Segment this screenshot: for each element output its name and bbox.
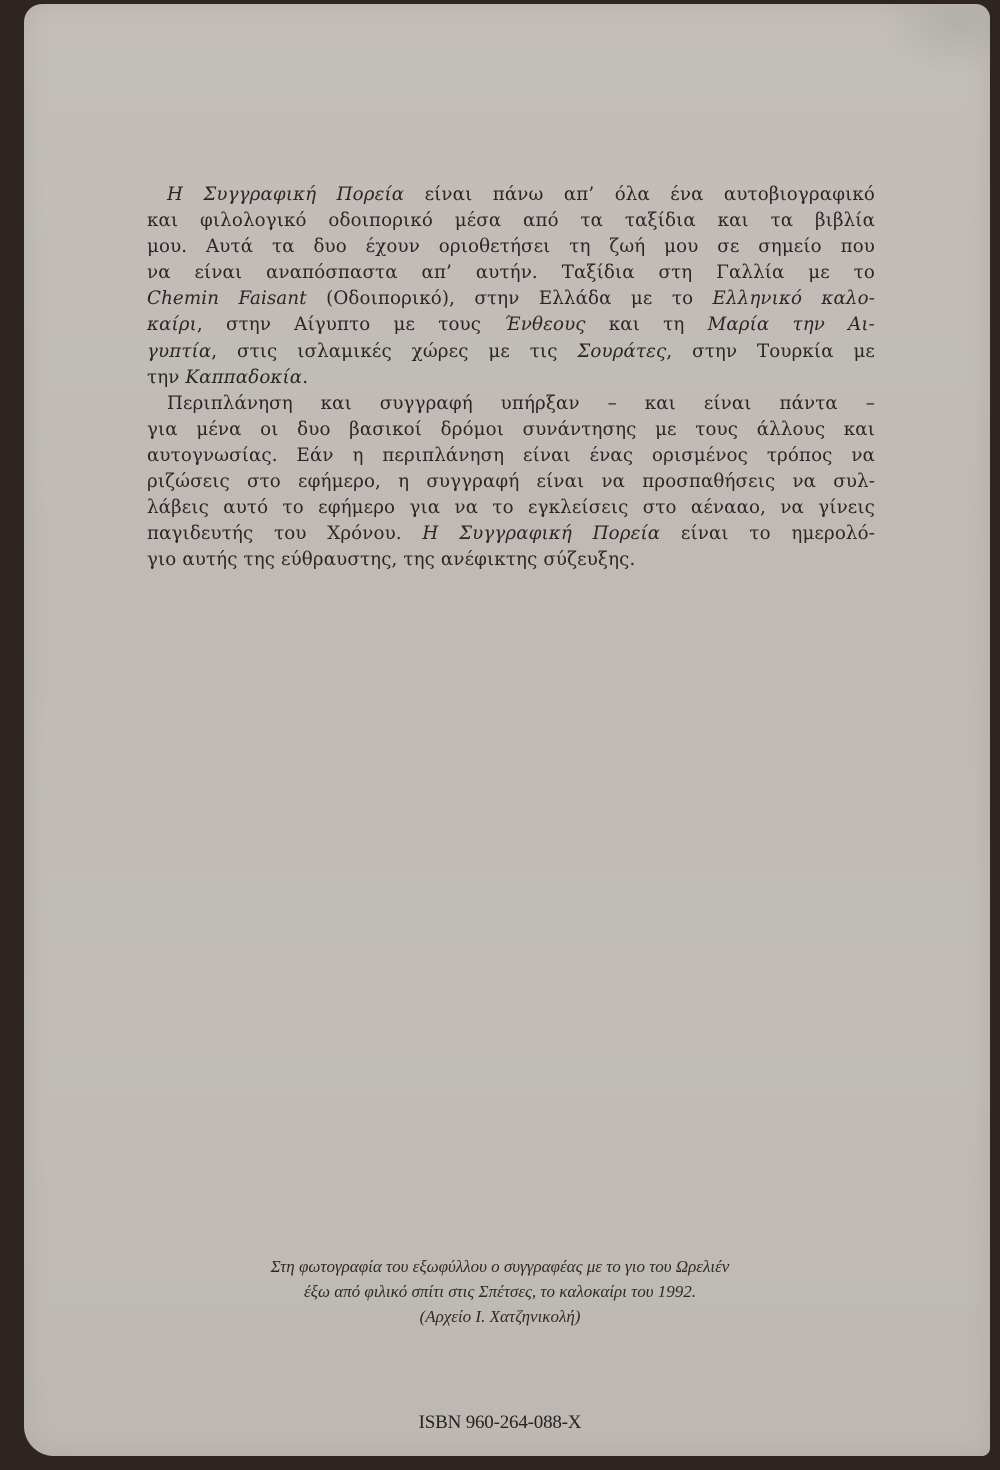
cover-photo-caption: Στη φωτογραφία του εξωφύλλου ο συγγραφέα… <box>160 1254 840 1329</box>
text-run: (Οδοιπορικό), στην Ελλάδα με το <box>307 288 713 309</box>
text-line: Περιπλάνηση και συγγραφή υπήρξαν – και ε… <box>147 391 875 417</box>
blurb-paragraph-2: Περιπλάνηση και συγγραφή υπήρξαν – και ε… <box>147 391 875 574</box>
blurb-text: Η Συγγραφική Πορεία είναι πάνω απ’ όλα έ… <box>147 182 875 573</box>
italic-title: Η Συγγραφική Πορεία <box>167 184 404 205</box>
text-run: αυτογνωσίας. Εάν η περιπλάνηση είναι ένα… <box>147 445 875 466</box>
text-line: καίρι, στην Αίγυπτο με τους Ένθεους και … <box>147 312 875 338</box>
text-run: , στην Αίγυπτο με τους <box>197 314 504 335</box>
text-run: για μένα οι δυο βασικοί δρόμοι συνάντηση… <box>147 419 875 440</box>
text-line: ριζώσεις στο εφήμερο, η συγγραφή είναι ν… <box>147 469 875 495</box>
text-run: γιο αυτής της εύθραυστης, της ανέφικτης … <box>147 549 635 570</box>
italic-title: Μαρία την Αι- <box>708 314 875 335</box>
text-line: αυτογνωσίας. Εάν η περιπλάνηση είναι ένα… <box>147 443 875 469</box>
text-line: και φιλολογικό οδοιπορικό μέσα από τα τα… <box>147 208 875 234</box>
text-line: για μένα οι δυο βασικοί δρόμοι συνάντηση… <box>147 417 875 443</box>
text-line: γιο αυτής της εύθραυστης, της ανέφικτης … <box>147 547 875 573</box>
text-line: την Καππαδοκία. <box>147 365 875 391</box>
text-run: να είναι αναπόσπαστα απ’ αυτήν. Ταξίδια … <box>147 262 875 283</box>
italic-title: γυπτία <box>147 341 211 362</box>
text-run: . <box>302 367 308 388</box>
text-run: Περιπλάνηση και συγγραφή υπήρξαν – και ε… <box>167 393 875 414</box>
text-line: λάβεις αυτό το εφήμερο για να το εγκλείσ… <box>147 495 875 521</box>
text-line: Η Συγγραφική Πορεία είναι πάνω απ’ όλα έ… <box>147 182 875 208</box>
caption-line-1: Στη φωτογραφία του εξωφύλλου ο συγγραφέα… <box>160 1254 840 1279</box>
text-run: είναι το ημερολό- <box>660 523 875 544</box>
text-run: , στην Τουρκία με <box>666 341 875 362</box>
italic-title: Ελληνικό καλο- <box>713 288 875 309</box>
text-line: μου. Αυτά τα δυο έχουν οριοθετήσει τη ζω… <box>147 234 875 260</box>
text-line: παγιδευτής του Χρόνου. Η Συγγραφική Πορε… <box>147 521 875 547</box>
text-line: γυπτία, στις ισλαμικές χώρες με τις Σουρ… <box>147 339 875 365</box>
text-run: ριζώσεις στο εφήμερο, η συγγραφή είναι ν… <box>147 471 875 492</box>
caption-credit: (Αρχείο Ι. Χατζηνικολή) <box>160 1304 840 1329</box>
text-line: να είναι αναπόσπαστα απ’ αυτήν. Ταξίδια … <box>147 260 875 286</box>
text-run: παγιδευτής του Χρόνου. <box>147 523 422 544</box>
italic-title: καίρι <box>147 314 197 335</box>
caption-line-2: έξω από φιλικό σπίτι στις Σπέτσες, το κα… <box>160 1279 840 1304</box>
italic-title: Σουράτες <box>577 341 666 362</box>
italic-title: Chemin Faisant <box>147 288 307 309</box>
text-run: την <box>147 367 185 388</box>
italic-title: Η Συγγραφική Πορεία <box>422 523 660 544</box>
italic-title: Ένθεους <box>504 314 585 335</box>
text-run: είναι πάνω απ’ όλα ένα αυτοβιογραφικό <box>404 184 875 205</box>
text-run: μου. Αυτά τα δυο έχουν οριοθετήσει τη ζω… <box>147 236 875 257</box>
text-run: και τη <box>586 314 708 335</box>
text-line: Chemin Faisant (Οδοιπορικό), στην Ελλάδα… <box>147 286 875 312</box>
italic-title: Καππαδοκία <box>185 367 302 388</box>
isbn-number: ISBN 960-264-088-X <box>0 1412 1000 1434</box>
text-run: , στις ισλαμικές χώρες με τις <box>211 341 577 362</box>
blurb-paragraph-1: Η Συγγραφική Πορεία είναι πάνω απ’ όλα έ… <box>147 182 875 391</box>
text-run: λάβεις αυτό το εφήμερο για να το εγκλείσ… <box>147 497 875 518</box>
text-run: και φιλολογικό οδοιπορικό μέσα από τα τα… <box>147 210 875 231</box>
